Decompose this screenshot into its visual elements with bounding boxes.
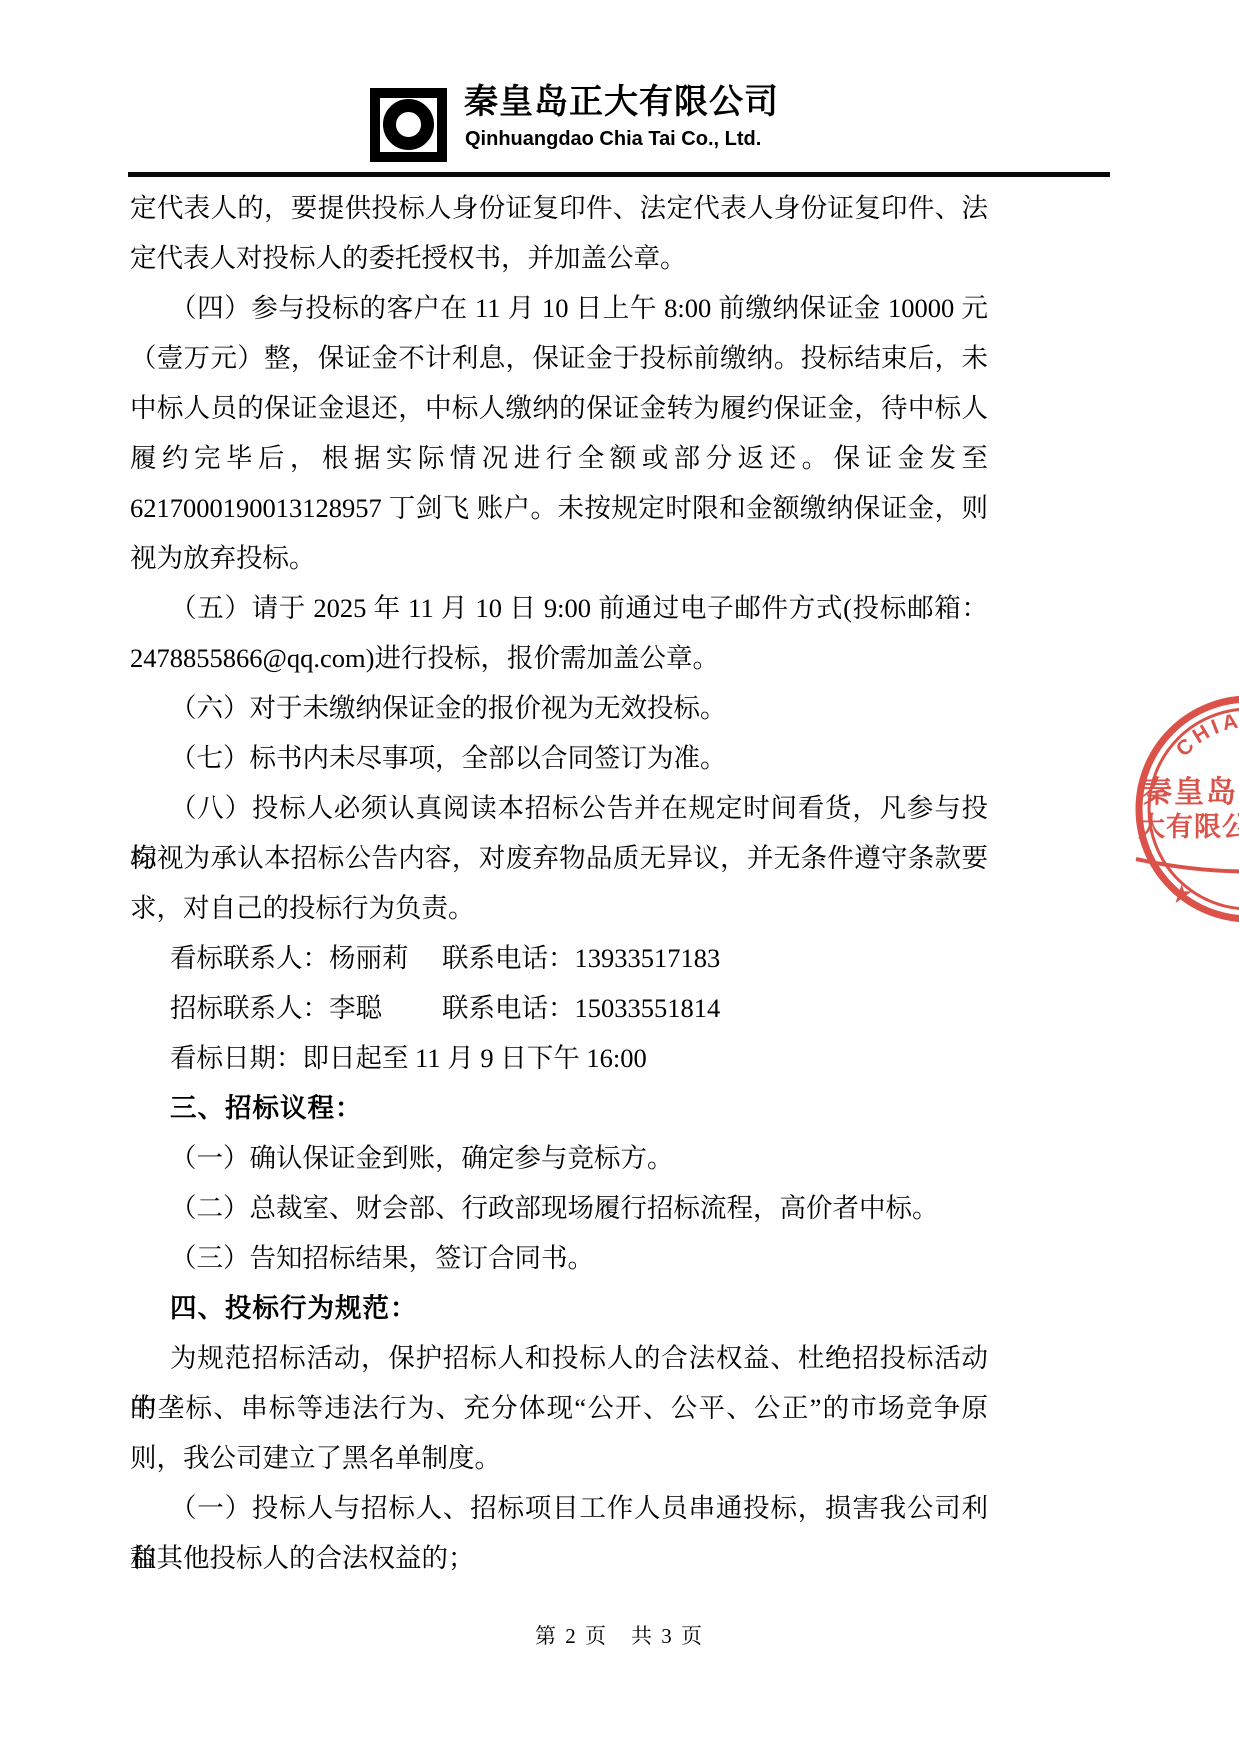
paragraph-item-8: （八）投标人必须认真阅读本招标公告并在规定时间看货，凡参与投标 均视为承认本招标… [130, 783, 988, 933]
doc-line: 中标人员的保证金退还，中标人缴纳的保证金转为履约保证金，待中标人 [130, 383, 988, 433]
doc-line: （八）投标人必须认真阅读本招标公告并在规定时间看货，凡参与投标 [130, 783, 988, 833]
agenda-item: （一）确认保证金到账，确定参与竞标方。 [130, 1133, 988, 1183]
page-number: 第 2 页 共 3 页 [0, 1620, 1239, 1650]
paragraph-continuation: 定代表人的，要提供投标人身份证复印件、法定代表人身份证复印件、法 定代表人对投标… [130, 183, 988, 283]
stamp-text-row1: 秦皇岛正 [1142, 775, 1239, 809]
section-heading-4: 四、投标行为规范： [130, 1283, 988, 1333]
doc-line: （四）参与投标的客户在 11 月 10 日上午 8:00 前缴纳保证金 1000… [130, 283, 988, 333]
company-name-zh: 秦皇岛正大有限公司 [464, 82, 779, 122]
doc-line: 2478855866@qq.com)进行投标，报价需加盖公章。 [130, 633, 988, 683]
stamp-outer-ring [1139, 699, 1239, 919]
stamp-divider-arc [1136, 859, 1239, 872]
contact-phone: 联系电话：15033551814 [442, 983, 720, 1033]
viewing-date-line: 看标日期：即日起至 11 月 9 日下午 16:00 [170, 1033, 988, 1083]
agenda-item: （二）总裁室、财会部、行政部现场履行招标流程，高价者中标。 [130, 1183, 988, 1233]
paragraph-blacklist-1: （一）投标人与招标人、招标项目工作人员串通投标，损害我公司利益 和其他投标人的合… [130, 1483, 988, 1583]
doc-line: 视为放弃投标。 [130, 533, 988, 583]
doc-line: 定代表人的，要提供投标人身份证复印件、法定代表人身份证复印件、法 [130, 183, 988, 233]
company-name-en: Qinhuangdao Chia Tai Co., Ltd. [465, 127, 761, 151]
paragraph-item-7: （七）标书内未尽事项，全部以合同签订为准。 [130, 733, 988, 783]
doc-line: （六）对于未缴纳保证金的报价视为无效投标。 [130, 683, 988, 733]
contact-row-bidding: 招标联系人：李聪 联系电话：15033551814 [170, 983, 988, 1033]
doc-line: 则，我公司建立了黑名单制度。 [130, 1433, 988, 1483]
doc-line: 6217000190013128957 丁剑飞 账户。未按规定时限和金额缴纳保证… [130, 483, 988, 533]
doc-line: （七）标书内未尽事项，全部以合同签订为准。 [130, 733, 988, 783]
company-stamp: CHIA TAI 秦皇岛正 大有限公司 ★ [1134, 694, 1239, 924]
stamp-star-icon: ★ [1170, 880, 1193, 909]
document-page: 秦皇岛正大有限公司 Qinhuangdao Chia Tai Co., Ltd.… [0, 0, 1239, 1754]
doc-line: 的垄标、串标等违法行为、充分体现“公开、公平、公正”的市场竞争原 [130, 1383, 988, 1433]
contact-person: 招标联系人：李聪 [170, 983, 442, 1033]
contact-row-viewing: 看标联系人：杨丽莉 联系电话：13933517183 [170, 933, 988, 983]
section-heading-3: 三、招标议程： [130, 1083, 988, 1133]
header-rule [128, 172, 1110, 177]
doc-line: （壹万元）整，保证金不计利息，保证金于投标前缴纳。投标结束后，未 [130, 333, 988, 383]
doc-line: 为规范招标活动，保护招标人和投标人的合法权益、杜绝招投标活动中 [130, 1333, 988, 1383]
agenda-item: （三）告知招标结果，签订合同书。 [130, 1233, 988, 1283]
paragraph-item-6: （六）对于未缴纳保证金的报价视为无效投标。 [130, 683, 988, 733]
contact-person: 看标联系人：杨丽莉 [170, 933, 442, 983]
paragraph-item-4: （四）参与投标的客户在 11 月 10 日上午 8:00 前缴纳保证金 1000… [130, 283, 988, 583]
doc-line: 均视为承认本招标公告内容，对废弃物品质无异议，并无条件遵守条款要 [130, 833, 988, 883]
company-logo-icon [370, 88, 447, 162]
doc-line: 履约完毕后，根据实际情况进行全额或部分返还。保证金发至 [130, 433, 988, 483]
doc-line: 和其他投标人的合法权益的； [130, 1533, 988, 1583]
doc-line: （五）请于 2025 年 11 月 10 日 9:00 前通过电子邮件方式(投标… [130, 583, 988, 633]
document-body: 定代表人的，要提供投标人身份证复印件、法定代表人身份证复印件、法 定代表人对投标… [130, 183, 988, 1583]
stamp-text-row2: 大有限公司 [1138, 812, 1239, 842]
paragraph-rules: 为规范招标活动，保护招标人和投标人的合法权益、杜绝招投标活动中 的垄标、串标等违… [130, 1333, 988, 1483]
contact-phone: 联系电话：13933517183 [442, 933, 720, 983]
logo-ring-icon [383, 99, 434, 150]
doc-line: 求，对自己的投标行为负责。 [130, 883, 988, 933]
stamp-inner-ring [1149, 709, 1239, 909]
doc-line: （一）投标人与招标人、招标项目工作人员串通投标，损害我公司利益 [130, 1483, 988, 1533]
doc-line: 定代表人对投标人的委托授权书，并加盖公章。 [130, 233, 988, 283]
paragraph-item-5: （五）请于 2025 年 11 月 10 日 9:00 前通过电子邮件方式(投标… [130, 583, 988, 683]
stamp-arc-text: CHIA TAI [1172, 709, 1239, 761]
